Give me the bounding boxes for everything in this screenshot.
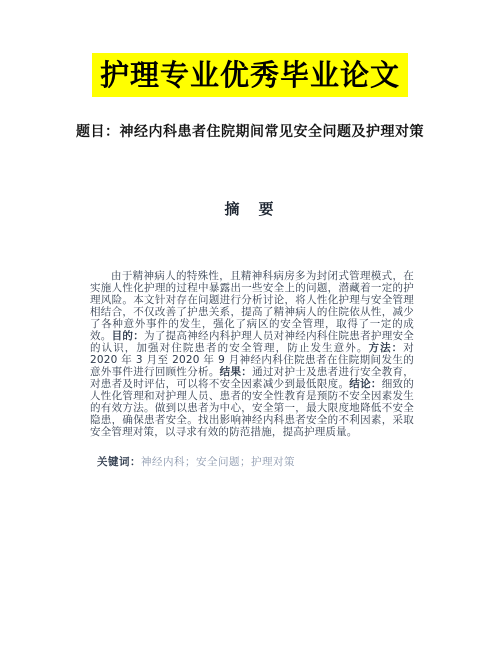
page-title: 护理专业优秀毕业论文 — [92, 53, 408, 97]
abstract-paragraph: 由于精神病人的特殊性，且精神科病房多为封闭式管理模式，在实施人性化护理的过程中暴… — [90, 270, 414, 438]
document-page: 护理专业优秀毕业论文 题目：神经内科患者住院期间常见安全问题及护理对策 摘 要 … — [0, 0, 500, 653]
title-block: 护理专业优秀毕业论文 — [0, 0, 500, 97]
abstract-heading: 摘 要 — [0, 198, 500, 219]
keywords-line: 关键词：神经内科；安全问题；护理对策 — [97, 456, 414, 469]
thesis-topic-subtitle: 题目：神经内科患者住院期间常见安全问题及护理对策 — [20, 121, 480, 141]
keywords-label: 关键词： — [97, 456, 141, 468]
keywords-value: 神经内科；安全问题；护理对策 — [141, 456, 295, 468]
